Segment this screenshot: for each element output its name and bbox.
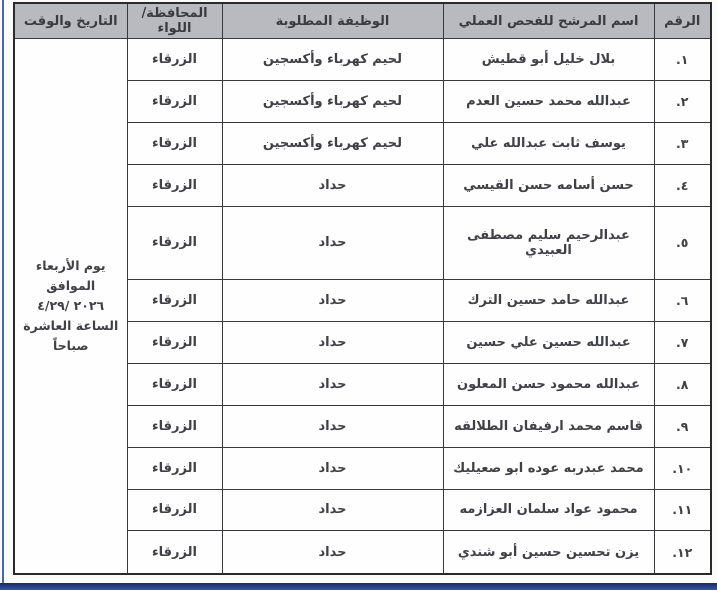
governorate-cell: الزرقاء [127,122,222,164]
table-row: ١. بلال خليل أبو قطيش لحيم كهرباء وأكسجي… [14,39,711,81]
table-header-row: الرقم اسم المرشح للفحص العملي الوظيفة ال… [14,3,711,39]
candidate-name-cell: عبدالله حسين علي حسين [443,321,654,363]
header-job: الوظيفة المطلوبة [222,3,443,39]
candidate-name-cell: عبدالله محمود حسن المعلون [443,363,654,405]
governorate-cell: الزرقاء [127,531,222,574]
row-number-cell: ١٠. [654,447,711,489]
page-left-border-line [2,0,4,590]
header-number: الرقم [654,3,711,39]
row-number-cell: ٤. [654,164,711,206]
governorate-cell: الزرقاء [127,489,222,531]
job-cell: حداد [222,447,443,489]
candidate-name-cell: حسن أسامه حسن القيسي [443,164,654,206]
governorate-cell: الزرقاء [127,405,222,447]
candidate-name-cell: يزن تحسين حسين أبو شندي [443,531,654,574]
header-governorate: المحافظة/اللواء [127,3,222,39]
candidate-name-cell: محمد عبدربه عوده ابو صعيليك [443,447,654,489]
governorate-cell: الزرقاء [127,279,222,321]
row-number-cell: ٧. [654,321,711,363]
row-number-cell: ١٢. [654,531,711,574]
job-cell: حداد [222,279,443,321]
governorate-cell: الزرقاء [127,80,222,122]
candidate-name-cell: عبدالله محمد حسين العدم [443,80,654,122]
job-cell: حداد [222,321,443,363]
row-number-cell: ٨. [654,363,711,405]
row-number-cell: ١١. [654,489,711,531]
job-cell: حداد [222,489,443,531]
job-cell: لحيم كهرباء وأكسجين [222,122,443,164]
row-number-cell: ٥. [654,206,711,279]
governorate-cell: الزرقاء [127,206,222,279]
row-number-cell: ٣. [654,122,711,164]
page-bottom-border-band [0,583,717,590]
job-cell: حداد [222,363,443,405]
governorate-cell: الزرقاء [127,447,222,489]
datetime-muwafiq: الموافق [19,276,123,296]
job-cell: حداد [222,206,443,279]
datetime-day: يوم الأربعاء [19,256,123,276]
candidates-table: الرقم اسم المرشح للفحص العملي الوظيفة ال… [13,2,712,575]
job-cell: حداد [222,405,443,447]
row-number-cell: ٦. [654,279,711,321]
job-cell: لحيم كهرباء وأكسجين [222,80,443,122]
governorate-cell: الزرقاء [127,164,222,206]
job-cell: حداد [222,531,443,574]
row-number-cell: ٢. [654,80,711,122]
datetime-date: ٢٠٢٦ /٤/٢٩ [19,296,123,316]
job-cell: لحيم كهرباء وأكسجين [222,39,443,81]
row-number-cell: ١. [654,39,711,81]
candidate-name-cell: محمود عواد سلمان العزازمه [443,489,654,531]
job-cell: حداد [222,164,443,206]
datetime-period: صباحاً [19,336,123,356]
governorate-cell: الزرقاء [127,39,222,81]
candidate-name-cell: قاسم محمد ارفيفان الطلالقه [443,405,654,447]
candidate-name-cell: عبدالرحيم سليم مصطفى العبيدي [443,206,654,279]
header-datetime: التاريخ والوقت [14,3,127,39]
candidate-name-cell: يوسف ثابت عبدالله علي [443,122,654,164]
governorate-cell: الزرقاء [127,363,222,405]
row-number-cell: ٩. [654,405,711,447]
governorate-cell: الزرقاء [127,321,222,363]
datetime-hour: الساعة العاشرة [19,316,123,336]
datetime-cell: يوم الأربعاء الموافق ٢٠٢٦ /٤/٢٩ الساعة ا… [14,39,127,575]
candidate-name-cell: بلال خليل أبو قطيش [443,39,654,81]
header-candidate-name: اسم المرشح للفحص العملي [443,3,654,39]
candidate-name-cell: عبدالله حامد حسين الترك [443,279,654,321]
